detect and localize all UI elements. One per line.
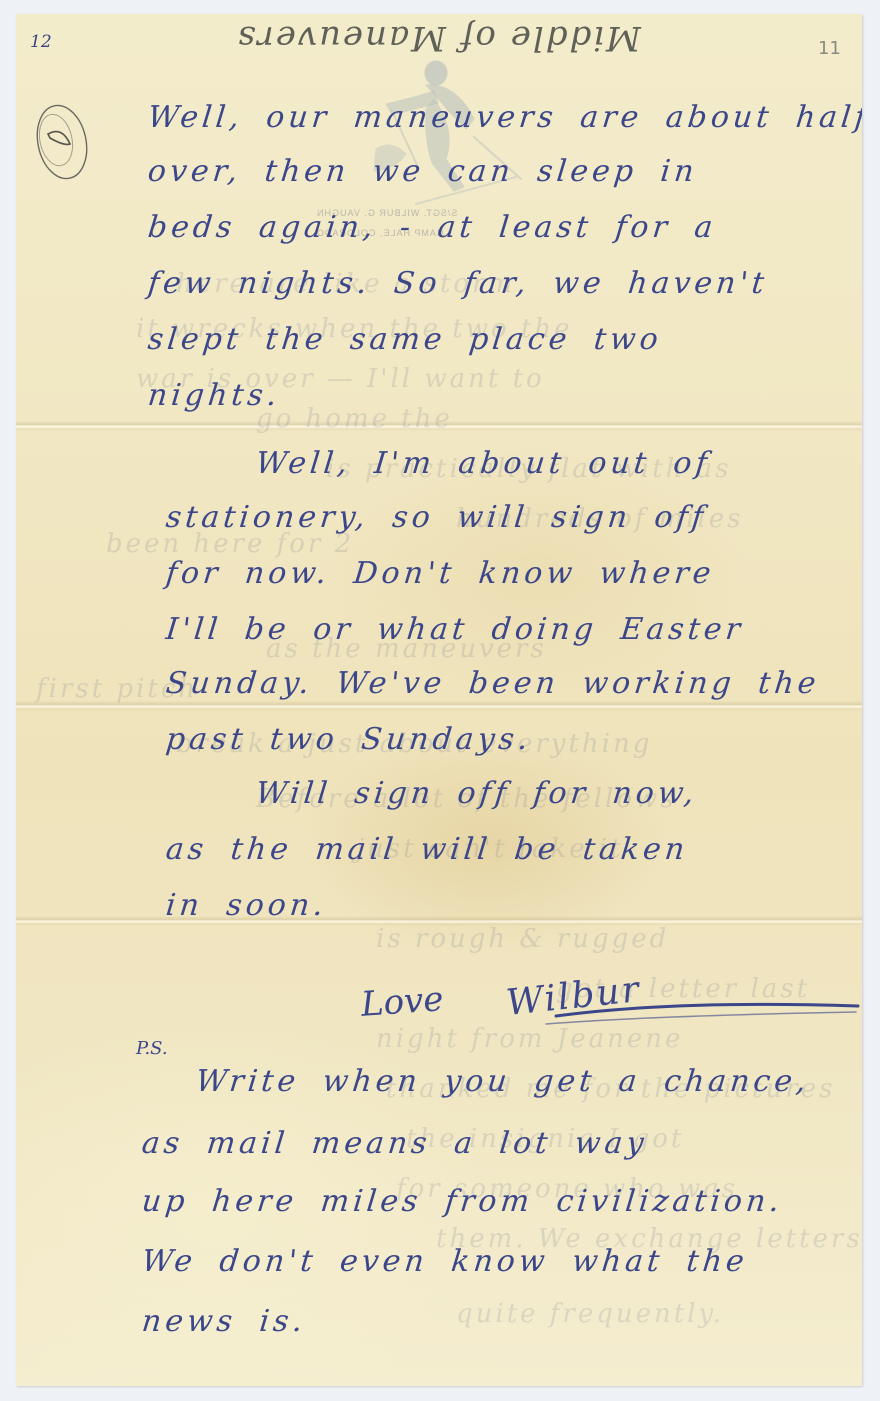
signature-flourish-icon bbox=[526, 994, 862, 1034]
bleedthrough-line: quite frequently. bbox=[456, 1299, 724, 1329]
bleedthrough-line: is rough & rugged bbox=[376, 924, 669, 954]
letter-page: here are like a storm it wrecks when the… bbox=[16, 14, 862, 1386]
postscript-line: Write when you get a chance, bbox=[194, 1064, 811, 1099]
postscript-line: We don't even know what the bbox=[140, 1244, 749, 1279]
letter-line: Sunday. We've been working the bbox=[164, 666, 821, 701]
letter-line: Well, our maneuvers are about half bbox=[146, 100, 862, 135]
letter-line: for now. Don't know where bbox=[164, 556, 716, 591]
letter-line: nights. bbox=[146, 378, 282, 413]
letter-line: Well, I'm about out of bbox=[254, 446, 712, 481]
letter-line: I'll be or what doing Easter bbox=[164, 612, 746, 647]
page-number-right: 11 bbox=[818, 38, 841, 59]
page-number-left: 12 bbox=[30, 32, 52, 52]
letter-line: as the mail will be taken bbox=[164, 832, 690, 867]
letter-line: past two Sundays. bbox=[164, 722, 533, 757]
letter-line: stationery, so will sign off bbox=[164, 500, 709, 535]
postscript-label: P.S. bbox=[136, 1038, 168, 1059]
circled-letter-icon bbox=[30, 102, 90, 182]
letter-line: slept the same place two bbox=[146, 322, 663, 357]
postscript-line: news is. bbox=[140, 1304, 308, 1339]
postscript-line: up here miles from civilization. bbox=[140, 1184, 785, 1219]
bleedthrough-line: go home the bbox=[256, 404, 453, 434]
letter-line: over, then we can sleep in bbox=[146, 154, 699, 189]
signature-closing: Love bbox=[360, 979, 445, 1025]
letter-line: in soon. bbox=[164, 888, 329, 923]
letter-line: beds again, - at least for a bbox=[146, 210, 718, 245]
top-pencil-note: Middle of Maneuvers bbox=[236, 18, 641, 58]
postscript-line: as mail means a lot way bbox=[140, 1126, 649, 1161]
letter-line: few nights. So far, we haven't bbox=[146, 266, 769, 301]
letter-line: Will sign off for now, bbox=[254, 776, 699, 811]
